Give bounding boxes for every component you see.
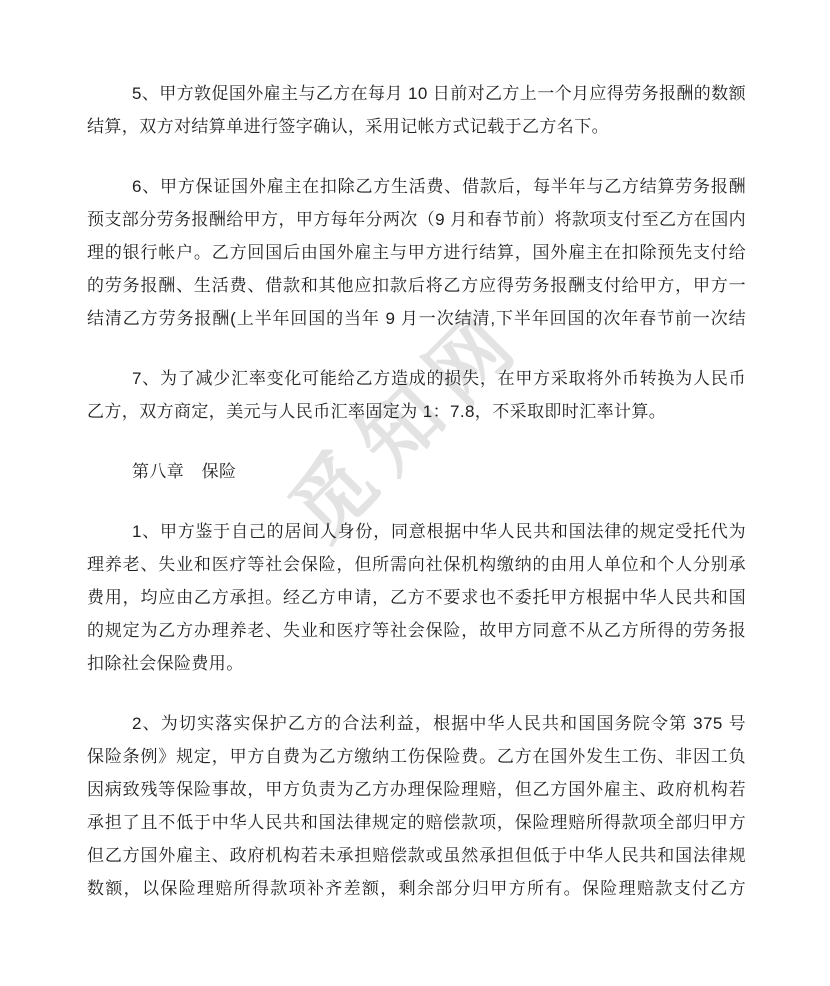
text-line: 理养老、失业和医疗等社会保险，但所需向社保机构缴纳的由用人单位和个人分别承担的 xyxy=(87,548,746,581)
text-line: 承担了且不低于中华人民共和国法律规定的赔偿款项，保险理赔所得款项全部归甲方所有； xyxy=(87,806,746,839)
text-line: 5、甲方敦促国外雇主与乙方在每月 10 日前对乙方上一个月应得劳务报酬的数额进行 xyxy=(87,77,746,110)
paragraph-clause-6: 6、甲方保证国外雇主在扣除乙方生活费、借款后，每半年与乙方结算劳务报酬一次并 预… xyxy=(87,170,746,335)
paragraph-clause-5: 5、甲方敦促国外雇主与乙方在每月 10 日前对乙方上一个月应得劳务报酬的数额进行… xyxy=(87,77,746,143)
chapter-heading-text: 第八章 保险 xyxy=(87,455,746,488)
paragraph-chapter8-clause-1: 1、甲方鉴于自己的居间人身份，同意根据中华人民共和国法律的规定受托代为乙方办 理… xyxy=(87,515,746,680)
text-line: 2、为切实落实保护乙方的合法利益，根据中华人民共和国国务院令第 375 号《工伤 xyxy=(87,707,746,740)
text-line: 扣除社会保险费用。 xyxy=(87,647,746,680)
text-line: 保险条例》规定，甲方自费为乙方缴纳工伤保险费。乙方在国外发生工伤、非因工负伤、 xyxy=(87,740,746,773)
text-line: 结清乙方劳务报酬(上半年回国的当年 9 月一次结清,下半年回国的次年春节前一次结… xyxy=(87,302,746,335)
text-line: 6、甲方保证国外雇主在扣除乙方生活费、借款后，每半年与乙方结算劳务报酬一次并 xyxy=(87,170,746,203)
document-content: 5、甲方敦促国外雇主与乙方在每月 10 日前对乙方上一个月应得劳务报酬的数额进行… xyxy=(87,77,746,932)
text-line: 但乙方国外雇主、政府机构若未承担赔偿款或虽然承担但低于中华人民共和国法律规定的 xyxy=(87,839,746,872)
document-page: 觅知网 5、甲方敦促国外雇主与乙方在每月 10 日前对乙方上一个月应得劳务报酬的… xyxy=(0,0,830,986)
text-line: 因病致残等保险事故，甲方负责为乙方办理保险理赔，但乙方国外雇主、政府机构若已经 xyxy=(87,773,746,806)
text-line: 结算，双方对结算单进行签字确认，采用记帐方式记载于乙方名下。 xyxy=(87,110,746,143)
text-line: 理的银行帐户。乙方回国后由国外雇主与甲方进行结算，国外雇主在扣除预先支付给乙方 xyxy=(87,236,746,269)
text-line: 费用，均应由乙方承担。经乙方申请，乙方不要求也不委托甲方根据中华人民共和国法律 xyxy=(87,581,746,614)
text-line: 的规定为乙方办理养老、失业和医疗等社会保险，故甲方同意不从乙方所得的劳务报酬中 xyxy=(87,614,746,647)
text-line: 数额，以保险理赔所得款项补齐差额，剩余部分归甲方所有。保险理赔款支付乙方后，应 xyxy=(87,872,746,905)
text-line: 预支部分劳务报酬给甲方，甲方每年分两次（9 月和春节前）将款项支付至乙方在国内办 xyxy=(87,203,746,236)
paragraph-chapter8-clause-2: 2、为切实落实保护乙方的合法利益，根据中华人民共和国国务院令第 375 号《工伤… xyxy=(87,707,746,905)
text-line: 1、甲方鉴于自己的居间人身份，同意根据中华人民共和国法律的规定受托代为乙方办 xyxy=(87,515,746,548)
text-line: 乙方，双方商定，美元与人民币汇率固定为 1：7.8，不采取即时汇率计算。 xyxy=(87,395,746,428)
text-line: 7、为了减少汇率变化可能给乙方造成的损失，在甲方采取将外币转换为人民币后支付 xyxy=(87,362,746,395)
chapter-heading: 第八章 保险 xyxy=(87,455,746,488)
text-line: 的劳务报酬、生活费、借款和其他应扣款后将乙方应得劳务报酬支付给甲方，甲方一次性 xyxy=(87,269,746,302)
paragraph-clause-7: 7、为了减少汇率变化可能给乙方造成的损失，在甲方采取将外币转换为人民币后支付 乙… xyxy=(87,362,746,428)
